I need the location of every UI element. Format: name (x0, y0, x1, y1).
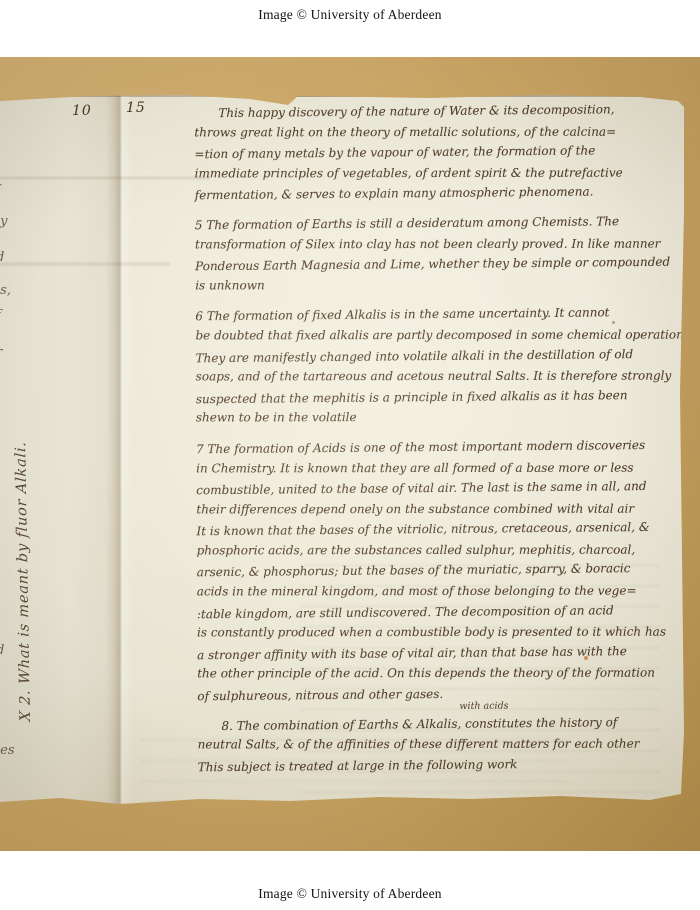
manuscript-line: Ponderous Earth Magnesia and Lime, wheth… (195, 252, 673, 277)
manuscript-line: :table kingdom, are still undiscovered. … (197, 599, 675, 624)
manuscript-line: a stronger affinity with its base of vit… (197, 641, 675, 666)
manuscript-line: shewn to be in the volatile (196, 407, 674, 428)
gutter-fold-crease (106, 93, 132, 804)
manuscript-line: of sulphureous, nitrous and other gases. (197, 682, 675, 707)
manuscript-line: fermentation, & serves to explain many a… (195, 181, 673, 206)
manuscript-line: suspected that the mephitis is a princip… (196, 384, 674, 409)
manuscript-line: combustible, united to the base of vital… (196, 476, 674, 501)
manuscript-line: 6 The formation of fixed Alkalis is in t… (195, 302, 673, 327)
manuscript-paragraph: This happy discovery of the nature of Wa… (194, 100, 673, 205)
manuscript-line: in Chemistry. It is known that they are … (196, 457, 674, 478)
manuscript-line: their differences depend onely on the su… (196, 498, 674, 519)
interlinear-insertion: with acids (459, 701, 508, 712)
manuscript-line: be doubted that fixed alkalis are partly… (195, 325, 673, 346)
edge-ink-fragment: r (0, 345, 2, 360)
edge-ink-fragment: f (0, 308, 1, 323)
manuscript-paragraph: 6 The formation of fixed Alkalis is in t… (195, 303, 674, 429)
manuscript-text: with acids This happy discovery of the n… (194, 100, 676, 777)
edge-ink-fragment: ls, (0, 283, 11, 298)
manuscript-line: immediate principles of vegetables, of a… (195, 162, 673, 183)
copyright-caption-top: Image © University of Aberdeen (0, 7, 700, 23)
scan-background-mat: 10 15 X 2. What is meant by fluor Alkali… (0, 57, 700, 851)
facing-page-edge (0, 93, 118, 804)
manuscript-line: the other principle of the acid. On this… (197, 663, 675, 684)
manuscript-page: 10 15 X 2. What is meant by fluor Alkali… (0, 93, 684, 804)
manuscript-line: neutral Salts, & of the affinities of th… (198, 734, 676, 755)
manuscript-line: phosphoric acids, are the substances cal… (197, 539, 675, 560)
manuscript-line: This happy discovery of the nature of Wa… (194, 99, 672, 124)
manuscript-line: arsenic, & phosphorus; but the bases of … (197, 558, 675, 583)
edge-ink-fragment: les (0, 743, 15, 758)
manuscript-line: It is known that the bases of the vitrio… (196, 517, 674, 542)
page-number-left: 10 (72, 103, 92, 119)
manuscript-paragraph: 7 The formation of Acids is one of the m… (196, 436, 675, 706)
manuscript-line: is unknown (195, 274, 673, 295)
rotated-margin-note: X 2. What is meant by fluor Alkali. (13, 441, 34, 722)
manuscript-line: =tion of many metals by the vapour of wa… (194, 140, 672, 165)
manuscript-line: acids in the mineral kingdom, and most o… (197, 581, 675, 602)
manuscript-paragraph: 8. The combination of Earths & Alkalis, … (197, 712, 675, 776)
ink-showthrough (300, 553, 660, 793)
paper-speck (584, 656, 588, 660)
manuscript-line: 5 The formation of Earths is still a des… (195, 211, 673, 236)
copyright-caption-bottom: Image © University of Aberdeen (0, 886, 700, 902)
manuscript-line: throws great light on the theory of meta… (194, 121, 672, 142)
edge-ink-fragment: d (0, 250, 4, 265)
manuscript-line: transformation of Silex into clay has no… (195, 233, 673, 254)
manuscript-line: They are manifestly changed into volatil… (195, 343, 673, 368)
page-number-right: 15 (126, 100, 146, 116)
paper-speck (612, 321, 615, 324)
manuscript-paragraph: 5 The formation of Earths is still a des… (195, 212, 673, 297)
manuscript-line: 7 The formation of Acids is one of the m… (196, 435, 674, 460)
ink-showthrough (140, 723, 570, 803)
manuscript-line: soaps, and of the tartareous and acetous… (196, 366, 674, 387)
horizontal-crease (0, 261, 170, 267)
paper-top-edge (0, 95, 676, 97)
manuscript-line: This subject is treated at large in the … (198, 753, 676, 778)
edge-ink-fragment: d (0, 643, 4, 658)
edge-ink-fragment: ly (0, 214, 8, 229)
manuscript-line: is constantly produced when a combustibl… (197, 622, 675, 643)
manuscript-line: 8. The combination of Earths & Alkalis, … (197, 711, 675, 736)
horizontal-crease (0, 175, 210, 181)
